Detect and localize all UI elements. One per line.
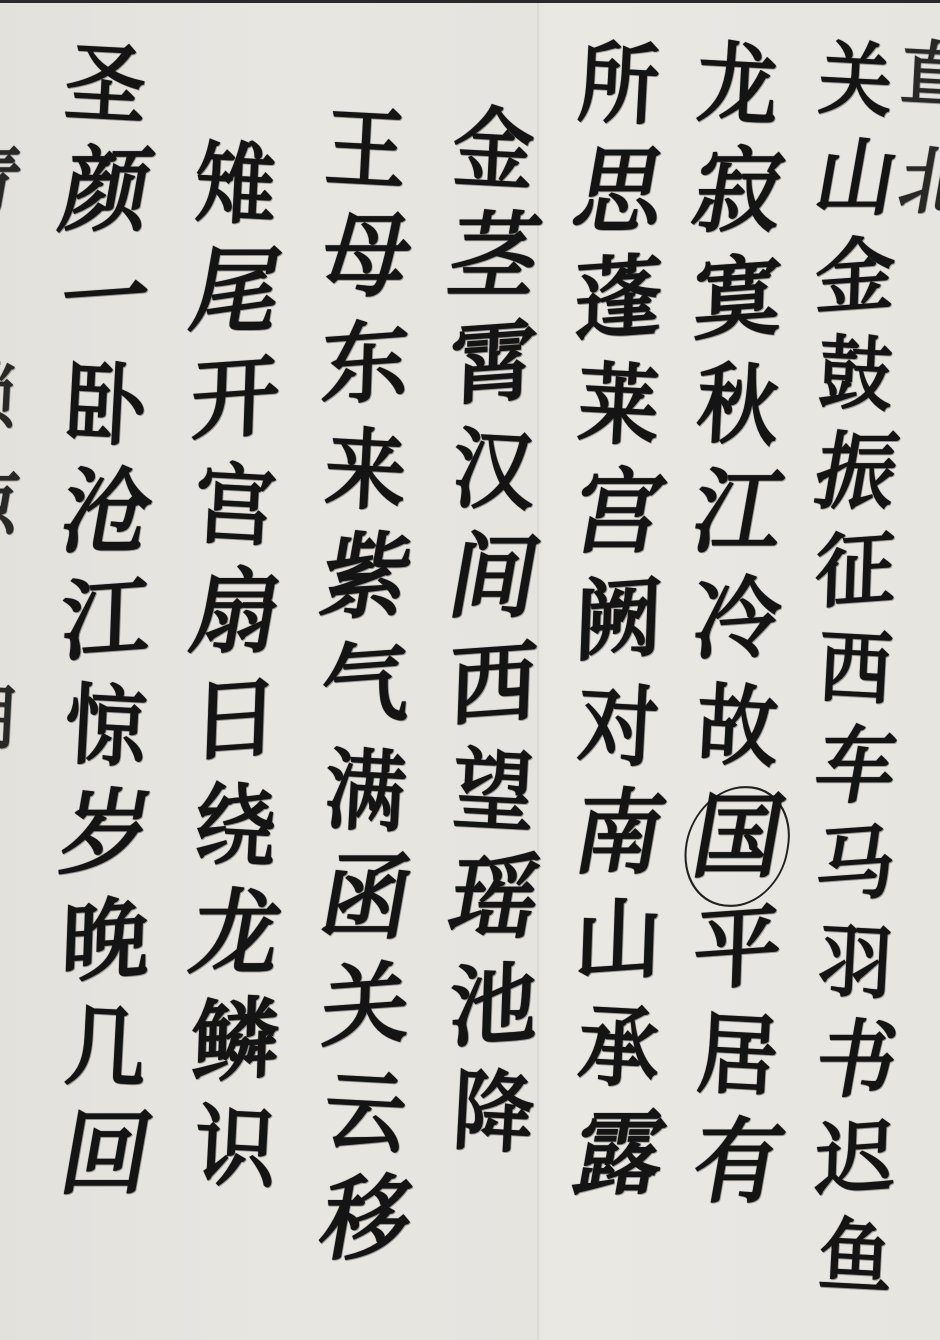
- calligraphy-character: 有: [683, 1115, 791, 1227]
- calligraphy-character: 思: [564, 144, 672, 256]
- calligraphy-character: 回: [51, 1107, 159, 1219]
- calligraphy-character: 间: [439, 530, 547, 642]
- calligraphy-character: 对: [575, 680, 661, 791]
- calligraphy-character: 移: [311, 1172, 419, 1284]
- calligraphy-character: 颜: [51, 144, 159, 256]
- calligraphy-character: 冷: [691, 572, 783, 686]
- calligraphy-character: [930, 575, 934, 683]
- calligraphy-character: 承: [575, 1001, 661, 1112]
- calligraphy-character: 露: [564, 1107, 672, 1219]
- calligraphy-character: 降: [450, 1066, 536, 1177]
- calligraphy-character: 汉: [450, 424, 536, 535]
- calligraphy-character: 几: [62, 1001, 148, 1112]
- calligraphy-character: 扇: [181, 565, 289, 677]
- calligraphy-character: 关: [319, 958, 411, 1072]
- calligraphy-character: 满: [322, 745, 408, 856]
- calligraphy-character: 鳞: [189, 993, 281, 1107]
- calligraphy-character: 西: [816, 626, 895, 728]
- calligraphy-character: 龙: [181, 886, 289, 998]
- calligraphy-character: 山: [572, 893, 664, 1007]
- calligraphy-character: 山: [806, 136, 904, 239]
- calligraphy-character: [930, 896, 934, 1004]
- calligraphy-character: 关: [816, 38, 895, 140]
- calligraphy-character: 平: [691, 901, 783, 1015]
- calligraphy-character: 来: [322, 424, 408, 535]
- calligraphy-character: 金: [813, 233, 896, 337]
- calligraphy-character: 羽: [816, 920, 895, 1022]
- calligraphy-character: 圣: [62, 38, 148, 149]
- calligraphy-character: 惊: [62, 680, 148, 791]
- calligraphy-character: [930, 254, 934, 362]
- calligraphy-character: 西: [447, 637, 539, 751]
- calligraphy-character: 气: [319, 637, 411, 751]
- calligraphy-character: [922, 786, 940, 898]
- calligraphy-character: 一: [59, 251, 151, 365]
- calligraphy-character: [922, 1107, 940, 1219]
- calligraphy-character: 王: [322, 103, 408, 214]
- calligraphy-character: [929, 682, 935, 789]
- calligraphy-character: 卧: [62, 359, 148, 470]
- calligraphy-col-6: 雉尾开宫扇日绕龙鳞识: [170, 140, 300, 1210]
- calligraphy-character: 望: [450, 745, 536, 856]
- calligraphy-col-edge-left: 青琐点朝: [0, 40, 2, 1217]
- calligraphy-character: 龙: [694, 38, 780, 149]
- calligraphy-character: [929, 1003, 935, 1110]
- calligraphy-character: 振: [806, 430, 904, 533]
- calligraphy-character: 母: [311, 209, 419, 321]
- calligraphy-character: [930, 1217, 934, 1325]
- calligraphy-character: 莱: [575, 359, 661, 470]
- calligraphy-col-7: 圣颜一卧沧江惊岁晚几回: [40, 40, 170, 1217]
- calligraphy-col-1: 关山金鼓振征西车马羽书迟鱼: [790, 40, 920, 1314]
- calligraphy-character: 阙: [572, 572, 664, 686]
- calligraphy-character: 鱼: [816, 1214, 895, 1316]
- calligraphy-col-4: 金茎霄汉间西望瑶池降: [428, 105, 558, 1175]
- calligraphy-character: 迟: [813, 1115, 896, 1219]
- calligraphy-character: 所: [575, 38, 661, 149]
- calligraphy-character: 沧: [51, 465, 159, 577]
- calligraphy-character: 尾: [181, 244, 289, 356]
- calligraphy-character: 茎: [439, 209, 547, 321]
- calligraphy-character: 绕: [192, 780, 278, 891]
- calligraphy-character: 函: [311, 851, 419, 963]
- calligraphy-character: 云: [322, 1066, 408, 1177]
- calligraphy-character: 书: [806, 1018, 904, 1121]
- calligraphy-character: [929, 361, 935, 468]
- calligraphy-character: 霄: [447, 316, 539, 430]
- calligraphy-character: 宫: [192, 459, 278, 570]
- calligraphy-character: 日: [189, 672, 281, 786]
- calligraphy-character: 东: [319, 316, 411, 430]
- calligraphy-character: 寞: [691, 251, 783, 365]
- calligraphy-character: 车: [806, 724, 904, 827]
- calligraphy-character: 晚: [59, 893, 151, 1007]
- calligraphy-character: 金: [450, 103, 536, 214]
- calligraphy-character: 国: [674, 786, 799, 907]
- calligraphy-character: 蓬: [572, 251, 664, 365]
- calligraphy-character: 紫: [311, 530, 419, 642]
- calligraphy-col-2: 龙寂寞秋江冷故国平居有: [672, 40, 802, 1225]
- calligraphy-col-3: 所思蓬莱宫阙对南山承露: [553, 40, 683, 1217]
- calligraphy-col-5: 王母东来紫气满函关云移: [300, 105, 430, 1282]
- calligraphy-character: 宫: [564, 465, 672, 577]
- calligraphy-character: 故: [694, 680, 780, 791]
- calligraphy-character: 鼓: [816, 332, 895, 434]
- calligraphy-character: 瑶: [439, 851, 547, 963]
- calligraphy-character: 征: [813, 527, 896, 631]
- calligraphy-character: [922, 465, 940, 577]
- calligraphy-character: 识: [192, 1101, 278, 1212]
- calligraphy-character: 池: [447, 958, 539, 1072]
- calligraphy-character: 南: [564, 786, 672, 898]
- calligraphy-character: 开: [189, 351, 281, 465]
- calligraphy-character: 秋: [694, 359, 780, 470]
- calligraphy-character: 江: [59, 572, 151, 686]
- calligraphy-character: 居: [694, 1009, 780, 1120]
- calligraphy-character: 江: [683, 465, 791, 577]
- calligraphy-character: 寂: [683, 144, 791, 256]
- calligraphy-character: 雉: [192, 138, 278, 249]
- calligraphy-character: 岁: [51, 786, 159, 898]
- calligraphy-character: 马: [813, 821, 896, 925]
